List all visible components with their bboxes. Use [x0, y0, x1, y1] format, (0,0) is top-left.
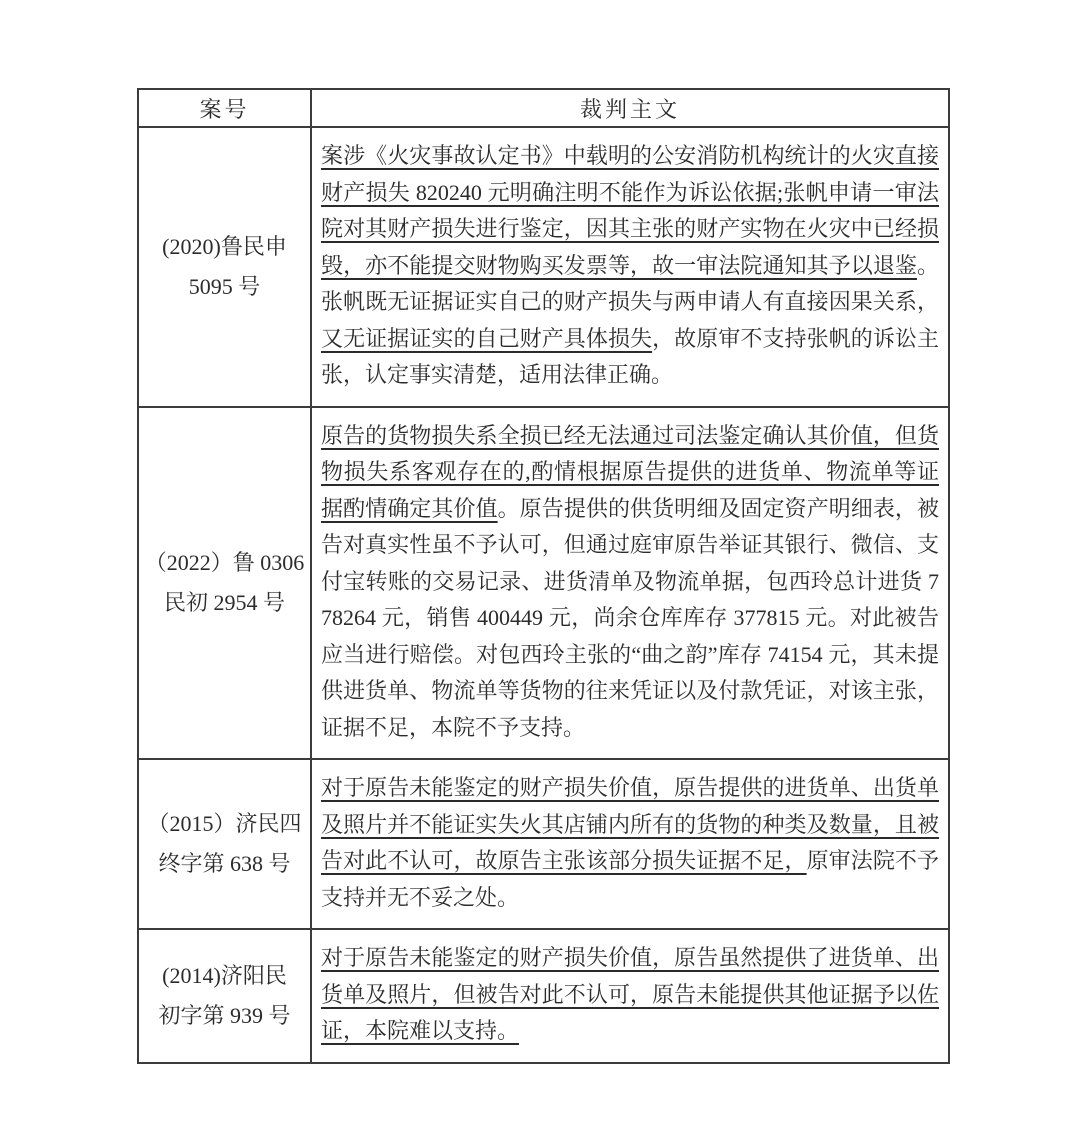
judgment-text: 对于原告未能鉴定的财产损失价值，原告虽然提供了进货单、出货单及照片，但被告对此不…	[321, 940, 939, 1050]
judgment-text-cell: 原告的货物损失系全损已经无法通过司法鉴定确认其价值，但货物损失系客观存在的,酌情…	[311, 407, 949, 760]
header-case-number: 案号	[138, 89, 311, 127]
judgment-text: 案涉《火灾事故认定书》中载明的公安消防机构统计的火灾直接财产损失 820240 …	[321, 138, 939, 394]
case-number-line: 终字第 638 号	[139, 844, 310, 884]
case-number-line: （2015）济民四	[139, 804, 310, 844]
judgment-text-cell: 案涉《火灾事故认定书》中载明的公安消防机构统计的火灾直接财产损失 820240 …	[311, 127, 949, 407]
table-row: （2022）鲁 0306 民初 2954 号 原告的货物损失系全损已经无法通过司…	[138, 407, 949, 760]
case-number-cell: (2020)鲁民申 5095 号	[138, 127, 311, 407]
judgment-text-cell: 对于原告未能鉴定的财产损失价值，原告虽然提供了进货单、出货单及照片，但被告对此不…	[311, 929, 949, 1063]
case-number-line: 初字第 939 号	[139, 996, 310, 1036]
judgment-text: 原告的货物损失系全损已经无法通过司法鉴定确认其价值，但货物损失系客观存在的,酌情…	[321, 418, 939, 747]
case-number-cell: （2015）济民四 终字第 638 号	[138, 759, 311, 929]
table-header-row: 案号 裁判主文	[138, 89, 949, 127]
case-number-cell: （2022）鲁 0306 民初 2954 号	[138, 407, 311, 760]
judgment-table: 案号 裁判主文 (2020)鲁民申 5095 号 案涉《火灾事故认定书》中载明的…	[137, 88, 950, 1064]
table-row: （2015）济民四 终字第 638 号 对于原告未能鉴定的财产损失价值，原告提供…	[138, 759, 949, 929]
case-number-line: （2022）鲁 0306	[139, 543, 310, 583]
judgment-text: 对于原告未能鉴定的财产损失价值，原告提供的进货单、出货单及照片并不能证实失火其店…	[321, 770, 939, 916]
table-row: (2020)鲁民申 5095 号 案涉《火灾事故认定书》中载明的公安消防机构统计…	[138, 127, 949, 407]
table-row: (2014)济阳民 初字第 939 号 对于原告未能鉴定的财产损失价值，原告虽然…	[138, 929, 949, 1063]
header-judgment-text: 裁判主文	[311, 89, 949, 127]
case-number-line: 5095 号	[139, 267, 310, 307]
case-number-line: 民初 2954 号	[139, 583, 310, 623]
case-number-line: (2020)鲁民申	[139, 227, 310, 267]
judgment-text-cell: 对于原告未能鉴定的财产损失价值，原告提供的进货单、出货单及照片并不能证实失火其店…	[311, 759, 949, 929]
case-number-line: (2014)济阳民	[139, 956, 310, 996]
case-number-cell: (2014)济阳民 初字第 939 号	[138, 929, 311, 1063]
